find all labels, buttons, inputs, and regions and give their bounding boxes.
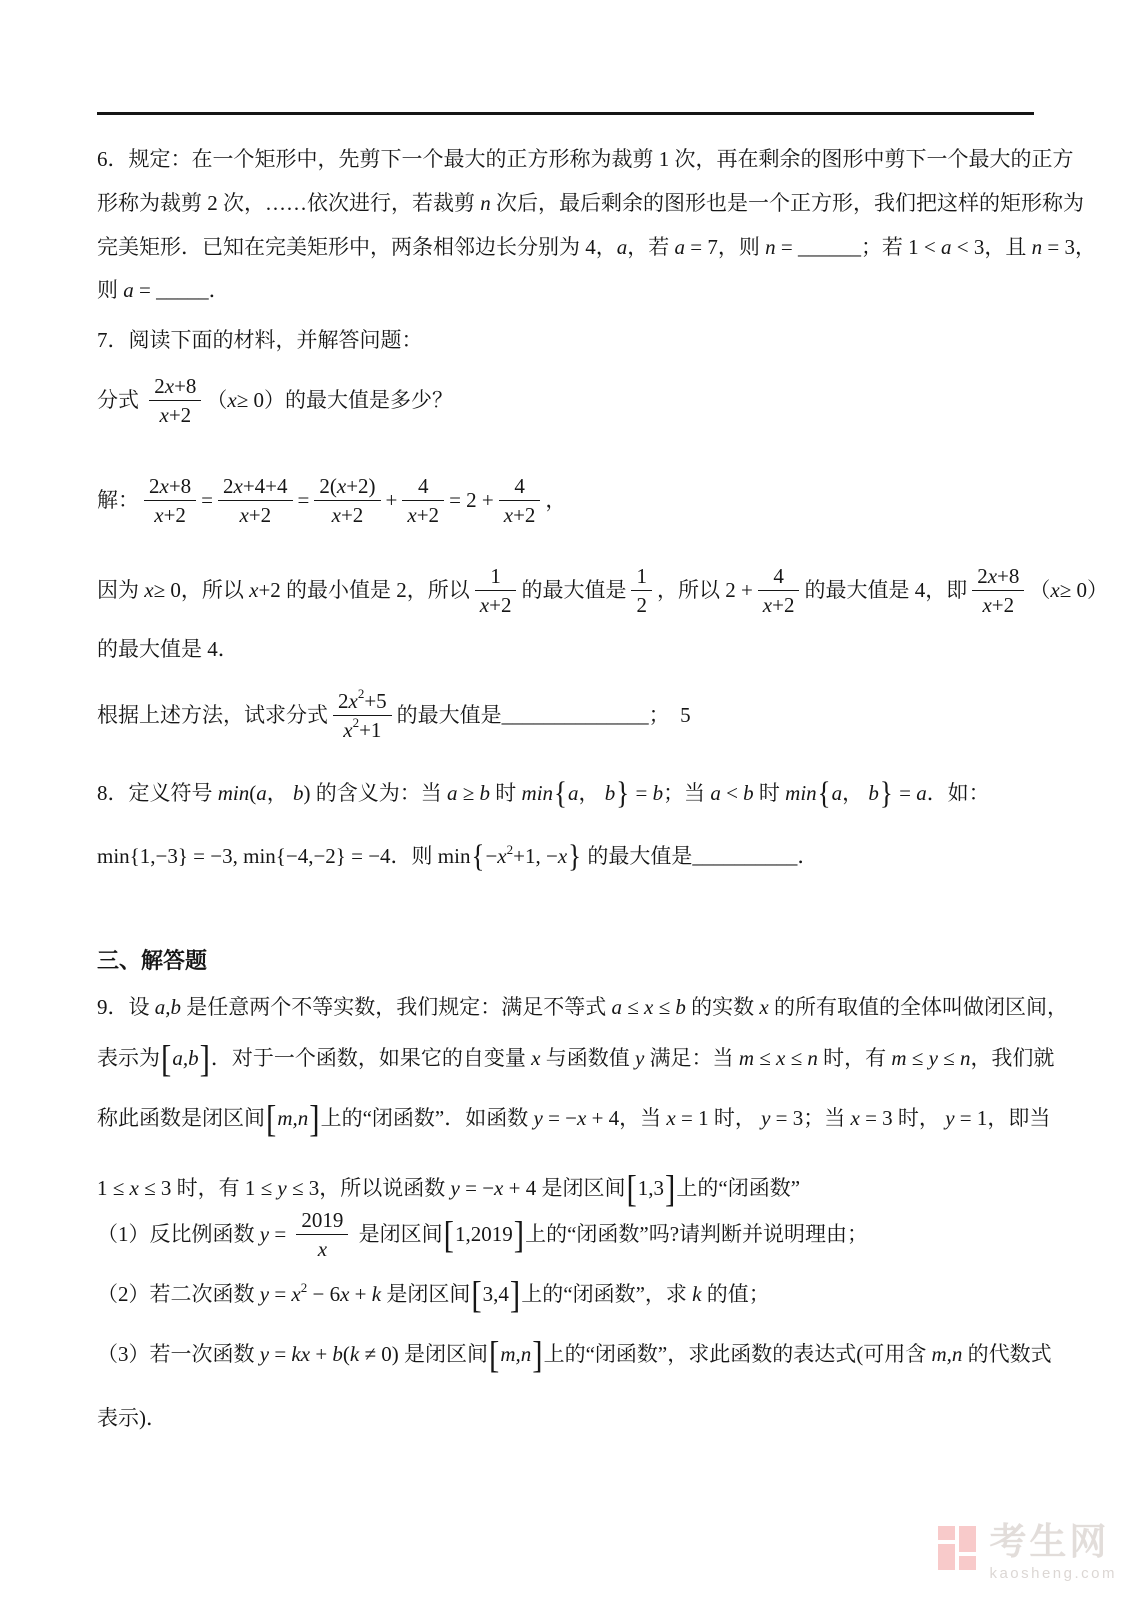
fraction-numerator: 4 [499, 472, 541, 501]
text-run: 的代数式 [962, 1341, 1051, 1369]
fraction: 2019 x [296, 1206, 348, 1264]
left-brace: { [818, 778, 831, 810]
text-run: 上的“闭函数”，求 [521, 1281, 692, 1309]
right-bracket: ] [309, 1100, 319, 1138]
kaosheng-logo-icon [938, 1523, 978, 1570]
text-run: 的所有取值的全体叫做闭区间， [769, 994, 1068, 1022]
math-variable: x [349, 688, 358, 714]
min-function: min [218, 780, 250, 808]
logo-block [959, 1526, 976, 1552]
right-brace: } [616, 778, 629, 810]
text-run: 6．规定：在一个矩形中，先剪下一个最大的正方形称为裁剪 1 次，再在剩余的图形中… [97, 146, 1074, 174]
text-run: ≤ [622, 994, 644, 1022]
math-variable: x [249, 577, 258, 605]
left-brace: { [471, 841, 484, 873]
text-run: 2( [319, 473, 337, 499]
text-run: 是闭区间 [353, 1221, 442, 1249]
text-run: = 2 + [449, 487, 494, 515]
fraction-numerator: 4 [402, 472, 444, 501]
fraction-denominator: x +2 [972, 591, 1024, 619]
text-run: 4 [773, 563, 784, 589]
math-variable: x [776, 1045, 785, 1073]
math-variable: b [675, 994, 686, 1022]
question-6-line-3: 完美矩形．已知在完美矩形中，两条相邻边长分别为 4， a ，若 a = 7，则 … [97, 234, 1096, 262]
text-run: 的最大值是 [521, 577, 626, 605]
math-variable: y [260, 1281, 269, 1309]
text-run: = 3 时， [860, 1105, 945, 1133]
text-run: 上的“闭函数”，求此函数的表达式(可用含 [544, 1341, 932, 1369]
text-run: ≥ 0） [1060, 577, 1108, 605]
right-bracket: ] [514, 1216, 524, 1254]
text-run: 时 [490, 780, 522, 808]
math-variable: x [291, 1281, 300, 1309]
text-run: （2）若二次函数 [97, 1281, 260, 1309]
answer-hint: ； 5 [649, 702, 691, 730]
math-variable: b [293, 780, 304, 808]
text-run: ．如： [927, 780, 990, 808]
interval-values: 3,4 [483, 1281, 509, 1309]
fraction: 4 x +2 [499, 472, 541, 530]
text-run: 分式 [97, 387, 144, 415]
math-variable: x [497, 843, 506, 871]
math-variable: x [988, 563, 997, 589]
question-6-line-1: 6．规定：在一个矩形中，先剪下一个最大的正方形称为裁剪 1 次，再在剩余的图形中… [97, 146, 1074, 174]
math-variable: x [494, 1175, 503, 1203]
question-9-line-1: 9．设 a,b 是任意两个不等实数，我们规定：满足不等式 a ≤ x ≤ b 的… [97, 994, 1068, 1022]
math-variable: x [130, 1175, 139, 1203]
text-run: − 6 [307, 1281, 340, 1309]
text-run: 2 [149, 473, 160, 499]
math-variable: m,n [932, 1341, 963, 1369]
math-variable: x [337, 473, 346, 499]
text-run: ，若 [627, 234, 674, 262]
question-9-part-1: （1）反比例函数 y = 2019 x 是闭区间 [ 1,2019 ] 上的“闭… [97, 1206, 868, 1264]
interval-values: 1,3 [638, 1175, 664, 1203]
math-variable: x [340, 1281, 349, 1309]
section-title: 三、解答题 [97, 946, 207, 975]
question-9-line-2: 表示为 [ a,b ] ．对于一个函数，如果它的自变量 x 与函数值 y 满足：… [97, 1043, 1054, 1074]
text-run: ．对于一个函数，如果它的自变量 [211, 1045, 531, 1073]
text-run: 1 [490, 563, 501, 589]
math-variable: x [332, 502, 341, 528]
text-run: ≤ 3，所以说函数 [287, 1175, 451, 1203]
text-run: = − [543, 1105, 577, 1133]
question-7-reason-line: 因为 x ≥ 0，所以 x +2 的最小值是 2，所以 1 x +2 的最大值是… [97, 562, 1108, 620]
question-7-task-line: 根据上述方法，试求分式 2 x 2 +5 x 2 +1 的最大值是 ______… [97, 687, 691, 745]
header-rule [97, 112, 1034, 115]
section-3-heading: 三、解答题 [97, 946, 207, 975]
text-run: ≤ [907, 1045, 929, 1073]
question-7-expression-line: 分式 2 x +8 x +2 （ x ≥ 0）的最大值是多少？ [97, 372, 453, 430]
question-6-line-4: 则 a = _____ ． [97, 277, 230, 305]
math-variable: k [372, 1281, 381, 1309]
fraction-denominator: 2 [631, 591, 652, 619]
logo-block [938, 1526, 955, 1540]
math-variable: b [653, 780, 664, 808]
text-run: 根据上述方法，试求分式 [97, 702, 328, 730]
fraction: 2( x +2) x +2 [314, 472, 380, 530]
question-7-solution-line: 解： 2 x +8 x +2 = 2 x +4+4 x +2 = 2( x +2… [97, 472, 566, 530]
plus-sign: + [386, 487, 398, 515]
text-run: 4 [418, 473, 429, 499]
text-run: 2 [977, 563, 988, 589]
math-variable: a [568, 780, 579, 808]
text-run: ( [249, 780, 256, 808]
text-run: = [630, 780, 652, 808]
text-run: 8．定义符号 [97, 780, 218, 808]
right-bracket: ] [510, 1276, 520, 1314]
question-8-line-1: 8．定义符号 min ( a ， b ) 的含义为：当 a ≥ b 时 min … [97, 780, 990, 808]
math-variable: a [675, 234, 686, 262]
text-run: 时，有 [818, 1045, 892, 1073]
text-run: = 1，即当 [955, 1105, 1051, 1133]
text-run: + [310, 1341, 332, 1369]
left-bracket: [ [471, 1276, 481, 1314]
text-run: 2 [154, 373, 165, 399]
text-run: 解： [97, 487, 139, 515]
math-variable: b [332, 1341, 343, 1369]
math-variable: m [739, 1045, 754, 1073]
text-run: ≤ [938, 1045, 960, 1073]
text-run: +8 [174, 373, 196, 399]
text-run: 表示为 [97, 1045, 160, 1073]
text-run: 的最大值是 4． [97, 636, 239, 664]
text-run: ， [842, 780, 868, 808]
text-run: 的最大值是 [582, 843, 692, 871]
left-bracket: [ [161, 1040, 171, 1078]
math-variable: x [531, 1045, 540, 1073]
text-run: ≥ 0，所以 [154, 577, 250, 605]
math-variable: b [605, 780, 616, 808]
question-8-line-2: min{1,−3} = −3, min{−4,−2} = −4．则 min { … [97, 843, 818, 871]
text-run: ，所以 2 + [657, 577, 753, 605]
text-run: 因为 [97, 577, 144, 605]
document-page: { "q6": { "l1": ["6．规定：在一个矩形中，先剪下一个最大的正方… [0, 0, 1131, 1600]
fraction-denominator: x +2 [758, 591, 800, 619]
blank-underline: _____ [156, 277, 209, 305]
min-function: min [522, 780, 554, 808]
text-run: ≤ [785, 1045, 807, 1073]
text-run: 的最大值是 [397, 702, 502, 730]
fraction-numerator: 2( x +2) [314, 472, 380, 501]
math-variable: b [868, 780, 879, 808]
right-bracket: ] [200, 1040, 210, 1078]
text-run: 7．阅读下面的材料，并解答问题： [97, 327, 423, 355]
math-variable: x [666, 1105, 675, 1133]
question-7-line-1: 7．阅读下面的材料，并解答问题： [97, 327, 423, 355]
fraction: 2 x +8 x +2 [972, 562, 1024, 620]
text-run: ≤ [653, 994, 675, 1022]
text-run: ≥ [458, 780, 480, 808]
text-run: + 4 是闭区间 [503, 1175, 625, 1203]
text-run: 9．设 [97, 994, 155, 1022]
math-variable: a [832, 780, 843, 808]
math-variable: a,b [155, 994, 181, 1022]
right-brace: } [880, 778, 893, 810]
text-run: ≤ [754, 1045, 776, 1073]
fraction: 2 x +4+4 x +2 [218, 472, 293, 530]
math-variable: x [144, 577, 153, 605]
text-run: = 7，则 [685, 234, 765, 262]
text-run: +2 [341, 502, 363, 528]
math-variable: x [759, 994, 768, 1022]
text-run: = 1 时， [676, 1105, 761, 1133]
fraction-denominator: x +2 [218, 501, 293, 529]
question-9-part-3: （3）若一次函数 y = kx + b ( k ≠ 0) 是闭区间 [ m,n … [97, 1339, 1052, 1370]
fraction-denominator: x +2 [149, 401, 201, 429]
equals-sign: = [269, 1221, 291, 1249]
math-variable: n [765, 234, 776, 262]
math-variable: a [941, 234, 952, 262]
fraction-denominator: x +2 [499, 501, 541, 529]
math-variable: b [480, 780, 491, 808]
fraction-denominator: x +2 [144, 501, 196, 529]
left-bracket: [ [266, 1100, 276, 1138]
math-variable: x [227, 387, 236, 415]
fraction-numerator: 1 [475, 562, 517, 591]
watermark-brand: 考生网 [989, 1523, 1109, 1562]
text-run: （ [1029, 577, 1050, 605]
fraction-numerator: 2 x +8 [144, 472, 196, 501]
fraction: 4 x +2 [758, 562, 800, 620]
minus-sign: − [485, 843, 497, 871]
math-variable: a [617, 234, 628, 262]
text-run: 时 [754, 780, 786, 808]
math-variable: m,n [277, 1105, 308, 1133]
text-run: ， [267, 780, 293, 808]
math-variable: m [891, 1045, 906, 1073]
text-run: ． [209, 277, 230, 305]
text-run: 2019 [301, 1207, 343, 1233]
question-9-last-line: 表示)． [97, 1405, 167, 1433]
text-run: 完美矩形．已知在完美矩形中，两条相邻边长分别为 4， [97, 234, 617, 262]
fraction-numerator: 2 x +8 [972, 562, 1024, 591]
fraction-numerator: 4 [758, 562, 800, 591]
math-variable: a [710, 780, 721, 808]
math-variable: y [277, 1175, 286, 1203]
fraction: 1 x +2 [475, 562, 517, 620]
text-run: +2 [417, 502, 439, 528]
text-run: = [776, 234, 798, 262]
fraction: 4 x +2 [402, 472, 444, 530]
text-run: 称此函数是闭区间 [97, 1105, 265, 1133]
math-variable: a [612, 994, 623, 1022]
watermark: 考生网 kaosheng.com [938, 1523, 1117, 1582]
text-run: 上的“闭函数”吗?请判断并说明理由； [525, 1221, 868, 1249]
left-brace: { [554, 778, 567, 810]
text-run: ≥ 0）的最大值是多少？ [237, 387, 453, 415]
right-brace: } [568, 841, 581, 873]
text-run: = − [460, 1175, 494, 1203]
math-variable: x [407, 502, 416, 528]
math-variable: a [916, 780, 927, 808]
text-run: +2 [169, 402, 191, 428]
math-variable: x [343, 717, 352, 743]
text-run: 次后，最后剩余的图形也是一个正方形，我们把这样的矩形称为 [491, 190, 1084, 218]
text-run: ， [545, 487, 566, 515]
text-run: +2 [489, 592, 511, 618]
text-run: （3）若一次函数 [97, 1341, 260, 1369]
equals-sign: = [269, 1341, 291, 1369]
exponent: 2 [353, 715, 360, 731]
text-run: 表示)． [97, 1405, 167, 1433]
text-run: 是任意两个不等实数，我们规定：满足不等式 [181, 994, 612, 1022]
min-function: min [785, 780, 817, 808]
text-run: 2 [636, 592, 647, 618]
text-run: 1 ≤ [97, 1175, 130, 1203]
fraction: 2 x 2 +5 x 2 +1 [333, 687, 392, 745]
math-variable: x [851, 1105, 860, 1133]
math-variable: y [260, 1341, 269, 1369]
fraction-numerator: 2 x +4+4 [218, 472, 293, 501]
watermark-site: kaosheng.com [989, 1565, 1117, 1582]
text-run: +1 [359, 717, 381, 743]
question-9-line-3: 称此函数是闭区间 [ m,n ] 上的“闭函数”．如函数 y = − x + 4… [97, 1103, 1050, 1134]
math-variable: x [558, 843, 567, 871]
text-run: ， [579, 780, 605, 808]
math-variable: a [256, 780, 267, 808]
math-variable: x [644, 994, 653, 1022]
text-run: < [721, 780, 743, 808]
right-bracket: ] [665, 1170, 675, 1208]
fraction-denominator: x +2 [402, 501, 444, 529]
text-run: 4 [514, 473, 525, 499]
logo-block [938, 1544, 955, 1570]
math-variable: x [165, 373, 174, 399]
question-6-line-2: 形称为裁剪 2 次，……依次进行，若裁剪 n 次后，最后剩余的图形也是一个正方形… [97, 190, 1084, 218]
equals-sign: = [201, 487, 213, 515]
text-run: ( [343, 1341, 350, 1369]
math-variable: a [123, 277, 134, 305]
math-variable: a,b [172, 1045, 198, 1073]
exponent: 2 [301, 1279, 308, 1296]
fraction-numerator: 1 [631, 562, 652, 591]
text-run: 2 [223, 473, 234, 499]
text-run: 形称为裁剪 2 次，……依次进行，若裁剪 [97, 190, 480, 218]
fraction-denominator: x 2 +1 [333, 716, 392, 744]
text-run: ≤ 3 时，有 1 ≤ [139, 1175, 278, 1203]
text-run: +2 [772, 592, 794, 618]
blank-underline: __________ [692, 843, 797, 871]
text-run: +2 [164, 502, 186, 528]
math-variable: x [239, 502, 248, 528]
fraction: 2 x +8 x +2 [144, 472, 196, 530]
text-run: min{1,−3} = −3, min{−4,−2} = −4．则 min [97, 843, 470, 871]
text-run: = [894, 780, 916, 808]
text-run: 是闭区间 [381, 1281, 470, 1309]
watermark-text: 考生网 kaosheng.com [989, 1523, 1117, 1582]
left-bracket: [ [444, 1216, 454, 1254]
math-variable: x [318, 1236, 327, 1262]
equals-sign: = [298, 487, 310, 515]
math-variable: y [451, 1175, 460, 1203]
math-variable: x [982, 592, 991, 618]
math-variable: n [960, 1045, 971, 1073]
math-variable: x [160, 402, 169, 428]
question-9-part-2: （2）若二次函数 y = x 2 − 6 x + k 是闭区间 [ 3,4 ] … [97, 1279, 770, 1310]
math-variable: x [577, 1105, 586, 1133]
fraction: 1 2 [631, 562, 652, 620]
math-variable: y [929, 1045, 938, 1073]
left-bracket: [ [626, 1170, 636, 1208]
text-run: ≠ 0) 是闭区间 [359, 1341, 488, 1369]
fraction-denominator: x [296, 1235, 348, 1263]
text-run: = 3， [1042, 234, 1096, 262]
math-variable: k [692, 1281, 701, 1309]
fraction-numerator: 2 x 2 +5 [333, 687, 392, 716]
text-run: +8 [997, 563, 1019, 589]
math-variable: kx [291, 1341, 310, 1369]
text-run: +2 [513, 502, 535, 528]
blank-underline: ______ [798, 234, 861, 262]
math-variable: x [504, 502, 513, 528]
text-run: 的实数 [686, 994, 760, 1022]
text-run: ；若 1 < [861, 234, 941, 262]
fraction: 2 x +8 x +2 [149, 372, 201, 430]
text-run: ，我们就 [970, 1045, 1054, 1073]
math-variable: y [945, 1105, 954, 1133]
exponent: 2 [358, 686, 365, 702]
text-run: 上的“闭函数” [676, 1175, 800, 1203]
math-variable: x [154, 502, 163, 528]
text-run: +2) [346, 473, 375, 499]
math-variable: y [533, 1105, 542, 1133]
text-run: 则 [97, 277, 123, 305]
fraction-denominator: x +2 [475, 591, 517, 619]
text-run: ) 的含义为：当 [304, 780, 448, 808]
math-variable: y [761, 1105, 770, 1133]
text-run: +4+4 [243, 473, 288, 499]
text-run: +8 [169, 473, 191, 499]
question-7-conclusion-line: 的最大值是 4． [97, 636, 239, 664]
text-run: + [349, 1281, 371, 1309]
text-run: 1 [636, 563, 647, 589]
math-variable: n [1032, 234, 1043, 262]
text-run: 与函数值 [540, 1045, 635, 1073]
math-variable: a [447, 780, 458, 808]
text-run: （1）反比例函数 [97, 1221, 260, 1249]
fraction-denominator: x +2 [314, 501, 380, 529]
text-run: = 3；当 [770, 1105, 850, 1133]
text-run: （ [206, 387, 227, 415]
left-bracket: [ [489, 1336, 499, 1374]
right-bracket: ] [532, 1336, 542, 1374]
math-variable: x [1050, 577, 1059, 605]
interval-values: 1,2019 [455, 1221, 513, 1249]
text-run: 的最大值是 4，即 [804, 577, 967, 605]
text-run: +5 [364, 688, 386, 714]
math-variable: y [635, 1045, 644, 1073]
text-run: = [134, 277, 156, 305]
text-run: +1, − [513, 843, 558, 871]
math-variable: b [743, 780, 754, 808]
text-run: +2 [992, 592, 1014, 618]
fraction-numerator: 2 x +8 [149, 372, 201, 401]
math-variable: n [807, 1045, 818, 1073]
math-variable: x [234, 473, 243, 499]
text-run: +2 [249, 502, 271, 528]
math-variable: m,n [500, 1341, 531, 1369]
text-run: 的值； [701, 1281, 769, 1309]
text-run: ． [797, 843, 818, 871]
text-run: 上的“闭函数”．如函数 [321, 1105, 534, 1133]
question-9-line-4: 1 ≤ x ≤ 3 时，有 1 ≤ y ≤ 3，所以说函数 y = − x + … [97, 1173, 800, 1204]
text-run: < 3，且 [952, 234, 1032, 262]
math-variable: n [480, 190, 491, 218]
math-variable: x [160, 473, 169, 499]
text-run: 2 [338, 688, 349, 714]
math-variable: k [350, 1341, 359, 1369]
